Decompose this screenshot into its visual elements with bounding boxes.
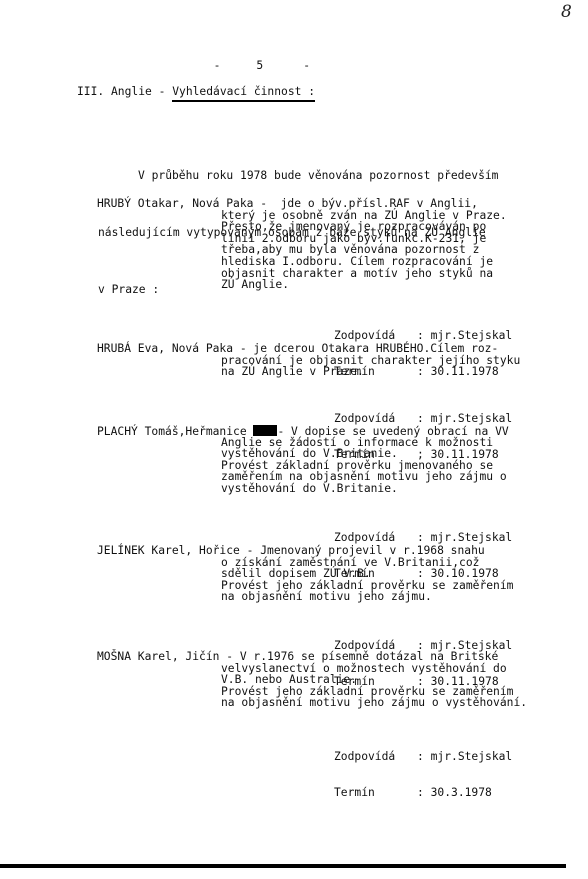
person-entry: PLACHÝ Tomáš,Heřmanice - V dopise se uve… xyxy=(97,425,509,495)
responsibility-block: Zodpovídá: mjr.Stejskal Termín: 30.3.197… xyxy=(334,727,512,811)
person-entry: HRUBÁ Eva, Nová Paka - je dcerou Otakara… xyxy=(97,343,520,378)
entry-line: hlediska I.odboru. Cílem rozpracování je xyxy=(97,256,507,268)
entry-line: na ZÚ Anglie v Praze. xyxy=(97,366,520,378)
page-number-dash-right: - xyxy=(303,59,310,72)
entry-lead: HRUBÁ Eva, Nová Paka - je dcerou Otakara… xyxy=(97,343,520,355)
responsible-value: mjr.Stejskal xyxy=(431,532,513,544)
entry-lead: PLACHÝ Tomáš,Heřmanice - V dopise se uve… xyxy=(97,425,509,437)
person-entry: MOŠNA Karel, Jičín - V r.1976 se písemně… xyxy=(97,651,527,709)
bottom-scan-edge xyxy=(0,864,566,868)
entry-line: objasnit charakter a motív jeho styků na xyxy=(97,268,507,280)
responsible-value: mjr.Stejskal xyxy=(431,330,513,342)
person-entry: JELÍNEK Karel, Hořice - Jmenovaný projev… xyxy=(97,545,513,603)
responsible-value: mjr.Stejskal xyxy=(431,413,513,425)
deadline-value: 30.3.1978 xyxy=(431,787,492,799)
redaction-bar xyxy=(253,425,277,436)
deadline-label: Termín xyxy=(334,787,417,799)
responsible-label: Zodpovídá xyxy=(334,413,417,425)
page-number-value: 5 xyxy=(256,59,263,72)
entry-line: vystěhování do V.Britanie. xyxy=(97,483,509,495)
responsible-label: Zodpovídá xyxy=(334,751,417,763)
entry-lead: HRUBÝ Otakar, Nová Paka - jde o býv.přís… xyxy=(97,198,507,210)
entry-lead: JELÍNEK Karel, Hořice - Jmenovaný projev… xyxy=(97,545,513,557)
person-entry: HRUBÝ Otakar, Nová Paka - jde o býv.přís… xyxy=(97,198,507,291)
section-heading: III. Anglie - Vyhledávací činnost : xyxy=(77,85,315,98)
entry-line: na objasnění motivu jeho zájmu. xyxy=(97,591,513,603)
responsible-label: Zodpovídá xyxy=(334,532,417,544)
page-number-dash-left: - xyxy=(214,59,221,72)
page-number: -5- xyxy=(200,46,310,72)
responsible-value: mjr.Stejskal xyxy=(431,751,513,763)
entry-line: na objasnění motivu jeho zájmu o vystěho… xyxy=(97,697,527,709)
heading-underlined: Vyhledávací činnost : xyxy=(172,85,315,102)
responsible-label: Zodpovídá xyxy=(334,330,417,342)
entry-line: ZÚ Anglie. xyxy=(97,279,507,291)
folio-mark: 8 xyxy=(561,2,572,22)
entry-lead: MOŠNA Karel, Jičín - V r.1976 se písemně… xyxy=(97,651,527,663)
heading-prefix: III. Anglie - xyxy=(77,85,172,98)
intro-line: V průběhu roku 1978 bude věnována pozorn… xyxy=(98,166,498,185)
